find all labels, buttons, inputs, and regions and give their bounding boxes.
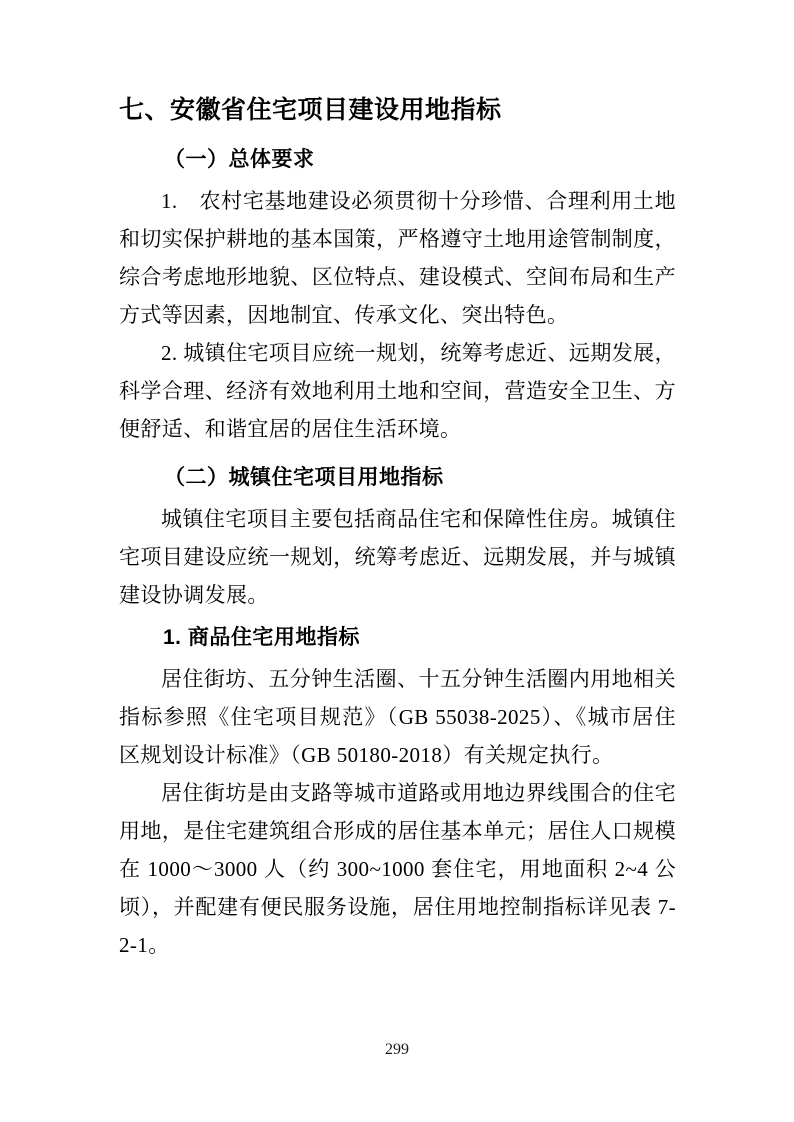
document-page: 七、安徽省住宅项目建设用地指标 （一）总体要求 1. 农村宅基地建设必须贯彻十分… — [0, 0, 794, 1122]
page-number: 299 — [0, 1041, 794, 1059]
paragraph-urban-housing-planning: 2. 城镇住宅项目应统一规划，统筹考虑近、远期发展，科学合理、经济有效地利用土地… — [119, 334, 676, 448]
document-content: 七、安徽省住宅项目建设用地指标 （一）总体要求 1. 农村宅基地建设必须贯彻十分… — [119, 0, 676, 964]
document-title: 七、安徽省住宅项目建设用地指标 — [119, 92, 676, 130]
section-heading-urban-housing-land-indicators: （二）城镇住宅项目用地指标 — [119, 462, 676, 494]
paragraph-urban-housing-scope: 城镇住宅项目主要包括商品住宅和保障性住房。城镇住宅项目建设应统一规划，统筹考虑近… — [119, 500, 676, 614]
subsection-heading-commodity-housing-indicators: 1. 商品住宅用地指标 — [119, 622, 676, 654]
paragraph-residential-block-definition: 居住街坊是由支路等城市道路或用地边界线围合的住宅用地，是住宅建筑组合形成的居住基… — [119, 774, 676, 964]
section-heading-general-requirements: （一）总体要求 — [119, 144, 676, 176]
paragraph-standards-reference: 居住街坊、五分钟生活圈、十五分钟生活圈内用地相关指标参照《住宅项目规范》（GB … — [119, 660, 676, 774]
paragraph-rural-homestead-policy: 1. 农村宅基地建设必须贯彻十分珍惜、合理利用土地和切实保护耕地的基本国策，严格… — [119, 182, 676, 334]
